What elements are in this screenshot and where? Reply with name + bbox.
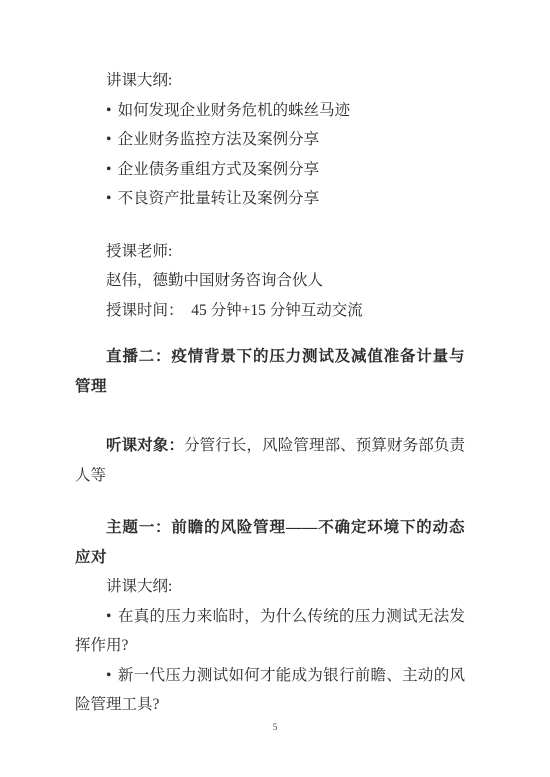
bullet-text: 如何发现企业财务危机的蛛丝马迹	[118, 102, 351, 119]
bullet-text: 新一代压力测试如何才能成为银行前瞻、主动的风险管理工具?	[75, 667, 465, 714]
bullet-item: •不良资产批量转让及案例分享	[75, 184, 465, 214]
bullet-icon: •	[106, 125, 118, 155]
bullet-item: •企业财务监控方法及案例分享	[75, 125, 465, 155]
bullet-icon: •	[106, 184, 118, 214]
bullet-text: 企业债务重组方式及案例分享	[118, 161, 320, 178]
paragraph: 讲课大纲:	[75, 66, 465, 96]
bullet-item: •如何发现企业财务危机的蛛丝马迹	[75, 96, 465, 126]
paragraph: 授课老师:	[75, 237, 465, 267]
bullet-icon: •	[106, 602, 118, 632]
bullet-text: 企业财务监控方法及案例分享	[118, 131, 320, 148]
paragraph: 授课时间： 45 分钟+15 分钟互动交流	[75, 296, 465, 326]
labeled-paragraph: 听课对象：分管行长，风险管理部、预算财务部负责人等	[75, 431, 465, 490]
bullet-item: •在真的压力来临时，为什么传统的压力测试无法发挥作用?	[75, 602, 465, 661]
bullet-text: 在真的压力来临时，为什么传统的压力测试无法发挥作用?	[75, 608, 465, 655]
bullet-icon: •	[106, 96, 118, 126]
section-heading: 直播二：疫情背景下的压力测试及减值准备计量与管理	[75, 342, 465, 401]
bullet-item: •企业债务重组方式及案例分享	[75, 155, 465, 185]
page-number: 5	[0, 722, 550, 734]
paragraph: 讲课大纲:	[75, 572, 465, 602]
section-heading: 主题一：前瞻的风险管理——不确定环境下的动态应对	[75, 513, 465, 572]
bullet-icon: •	[106, 155, 118, 185]
bullet-text: 不良资产批量转让及案例分享	[118, 190, 320, 207]
bullet-item: •新一代压力测试如何才能成为银行前瞻、主动的风险管理工具?	[75, 661, 465, 720]
document-page: 讲课大纲:•如何发现企业财务危机的蛛丝马迹•企业财务监控方法及案例分享•企业债务…	[0, 0, 550, 777]
bullet-icon: •	[106, 661, 118, 691]
paragraph-label: 听课对象：	[106, 437, 184, 454]
document-body: 讲课大纲:•如何发现企业财务危机的蛛丝马迹•企业财务监控方法及案例分享•企业债务…	[75, 66, 465, 720]
paragraph: 赵伟，德勤中国财务咨询合伙人	[75, 266, 465, 296]
